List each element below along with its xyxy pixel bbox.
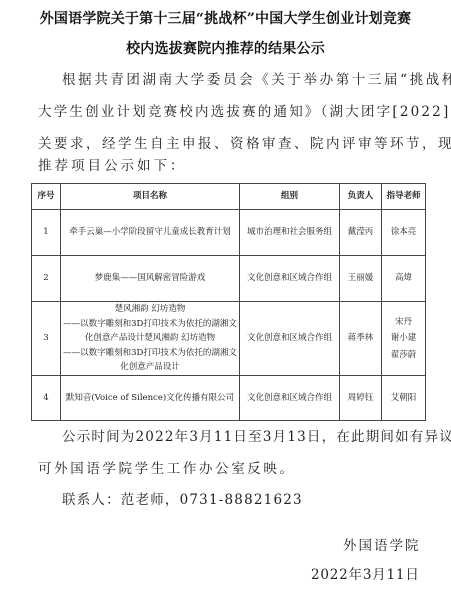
table-header-row: 序号 项目名称 组别 负责人 指导老师: [32, 184, 426, 210]
row-no: 2: [32, 256, 61, 302]
row-no: 3: [32, 302, 61, 376]
row-project-name: 楚风湘韵 幻坊造物 ——以数字雕刻和3D打印技术为依托的湖湘文 化创意产品设计楚…: [61, 302, 240, 376]
header-project-name: 项目名称: [61, 184, 240, 210]
row-no: 4: [32, 376, 61, 421]
notice-line1: 公示时间为2022年3月11日至3月13日，在此期间如有异议，: [62, 425, 451, 445]
table-row: 2 梦鹿集——国风解密冒险游戏 文化创意和区域合作组 王丽媛 高煒: [32, 256, 426, 302]
header-group: 组别: [240, 184, 340, 210]
notice-line2: 可外国语学院学生工作办公室反映。: [38, 457, 296, 477]
row-advisor: 徐本亮: [382, 210, 426, 256]
intro-line1: 根据共青团湖南大学委员会《关于举办第十三届“挑战杯”中国: [62, 68, 451, 88]
row-leader: 戴滢丙: [340, 210, 382, 256]
row-group: 文化创意和区域合作组: [240, 302, 340, 376]
row-advisor: 艾朝阳: [382, 376, 426, 421]
project-name-line: ——以数字雕刻和3D打印技术为依托的湖湘文: [61, 317, 239, 332]
row-project-name: 梦鹿集——国风解密冒险游戏: [61, 256, 240, 302]
row-leader: 周婷钰: [340, 376, 382, 421]
row-advisor: 高煒: [382, 256, 426, 302]
project-name-line: 楚风湘韵 幻坊造物: [61, 302, 239, 317]
row-project-name: 牵手云巢—小学阶段留守儿童成长教育计划: [61, 210, 240, 256]
table-row: 3 楚风湘韵 幻坊造物 ——以数字雕刻和3D打印技术为依托的湖湘文 化创意产品设…: [32, 302, 426, 376]
row-leader: 王丽媛: [340, 256, 382, 302]
signature-date: 2022年3月11日: [311, 563, 420, 583]
row-group: 文化创意和区域合作组: [240, 376, 340, 421]
row-project-name: 默知音(Voice of Silence)文化传播有限公司: [61, 376, 240, 421]
row-leader: 蒋季林: [340, 302, 382, 376]
project-name-line: 化创意产品设计楚风湘韵 幻坊造物: [61, 331, 239, 346]
advisor-name: 谢小建: [382, 330, 425, 347]
header-no: 序号: [32, 184, 61, 210]
table-row: 1 牵手云巢—小学阶段留守儿童成长教育计划 城市治理和社会服务组 戴滢丙 徐本亮: [32, 210, 426, 256]
row-group: 文化创意和区域合作组: [240, 256, 340, 302]
row-group: 城市治理和社会服务组: [240, 210, 340, 256]
header-leader: 负责人: [340, 184, 382, 210]
contact-line: 联系人：范老师，0731-88821623: [62, 488, 303, 508]
project-name-line: ——以数字雕刻和3D打印技术为依托的湖湘文: [61, 346, 239, 361]
table-row: 4 默知音(Voice of Silence)文化传播有限公司 文化创意和区域合…: [32, 376, 426, 421]
row-no: 1: [32, 210, 61, 256]
document-title-line2: 校内选拔赛院内推荐的结果公示: [0, 38, 451, 58]
advisor-name: 翟莎蔚: [382, 347, 425, 364]
document-title-line1: 外国语学院关于第十三届“挑战杯”中国大学生创业计划竞赛: [0, 8, 451, 28]
intro-line3: 关要求，经学生自主申报、资格审查、院内评审等环节，现将学院拟: [38, 132, 451, 152]
intro-line2: 大学生创业计划竞赛校内选拔赛的通知》（湖大团字[2022]6号）相: [38, 100, 451, 120]
recommendation-table: 序号 项目名称 组别 负责人 指导老师 1 牵手云巢—小学阶段留守儿童成长教育计…: [31, 183, 426, 421]
intro-line4: 推荐项目公示如下：: [38, 154, 187, 174]
row-advisor: 宋丹 谢小建 翟莎蔚: [382, 302, 426, 376]
advisor-name: 宋丹: [382, 314, 425, 331]
header-advisor: 指导老师: [382, 184, 426, 210]
signature-org: 外国语学院: [343, 534, 421, 554]
project-name-line: 化创意产品设计: [61, 360, 239, 375]
